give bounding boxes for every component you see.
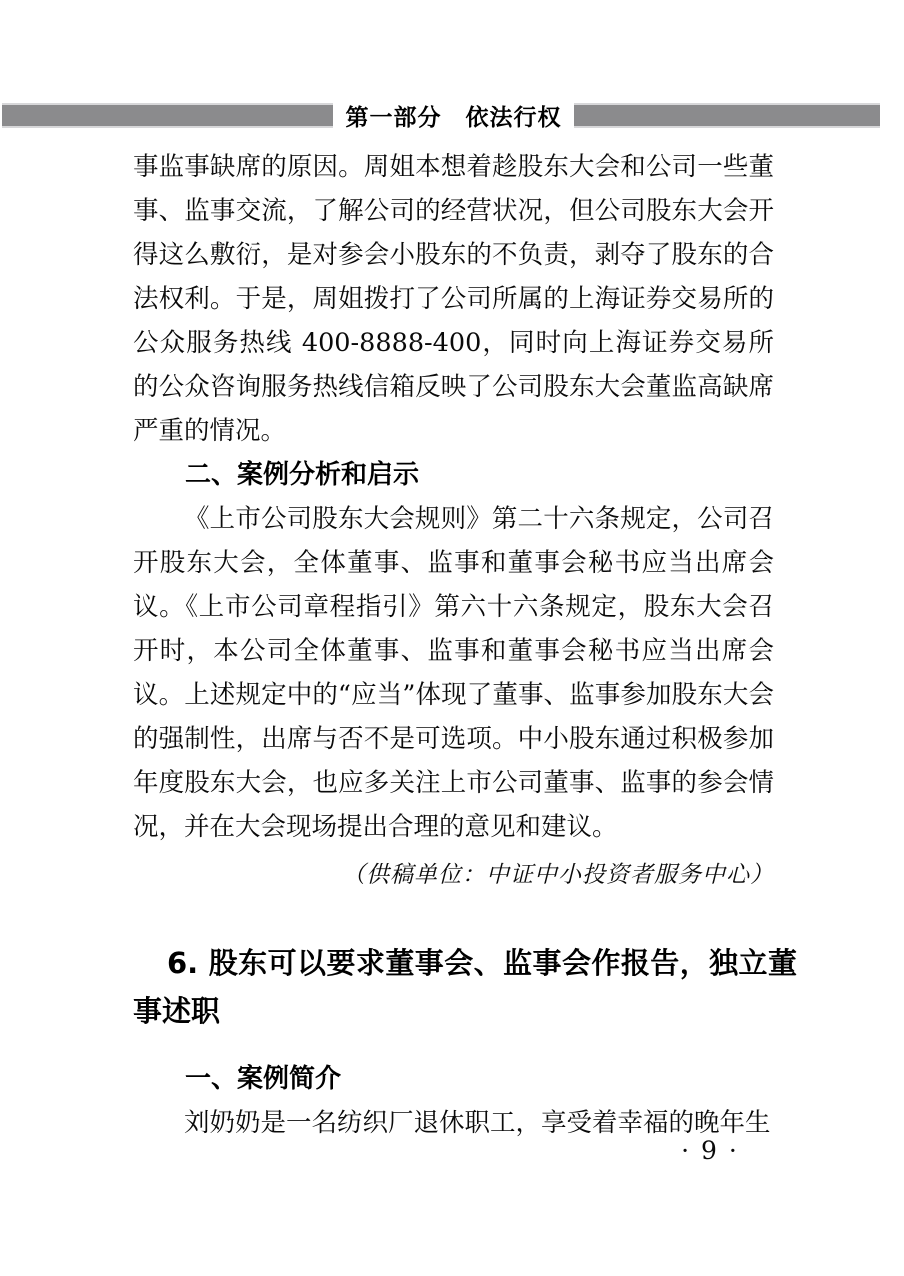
section-heading-analysis: 二、案例分析和启示 — [133, 453, 774, 497]
section-heading-intro: 一、案例简介 — [133, 1057, 774, 1101]
paragraph-continued: 事监事缺席的原因。周姐本想着趁股东大会和公司一些董事、监事交流，了解公司的经营状… — [133, 145, 774, 453]
attribution-line: （供稿单位：中证中小投资者服务中心） — [133, 855, 774, 895]
header-rule-left — [2, 103, 333, 128]
header-rule-right — [574, 103, 880, 128]
text-block: 事监事缺席的原因。周姐本想着趁股东大会和公司一些董事、监事交流，了解公司的经营状… — [133, 145, 774, 1145]
book-page: 第一部分 依法行权 事监事缺席的原因。周姐本想着趁股东大会和公司一些董事、监事交… — [0, 0, 904, 1276]
page-number: · 9 · — [650, 1136, 770, 1165]
case-6-title: 6. 股东可以要求董事会、监事会作报告，独立董事述职 — [133, 939, 797, 1035]
paragraph-analysis: 《上市公司股东大会规则》第二十六条规定，公司召开股东大会，全体董事、监事和董事会… — [133, 497, 774, 849]
running-head: 第一部分 依法行权 — [0, 96, 904, 134]
running-head-title: 第一部分 依法行权 — [333, 99, 574, 132]
